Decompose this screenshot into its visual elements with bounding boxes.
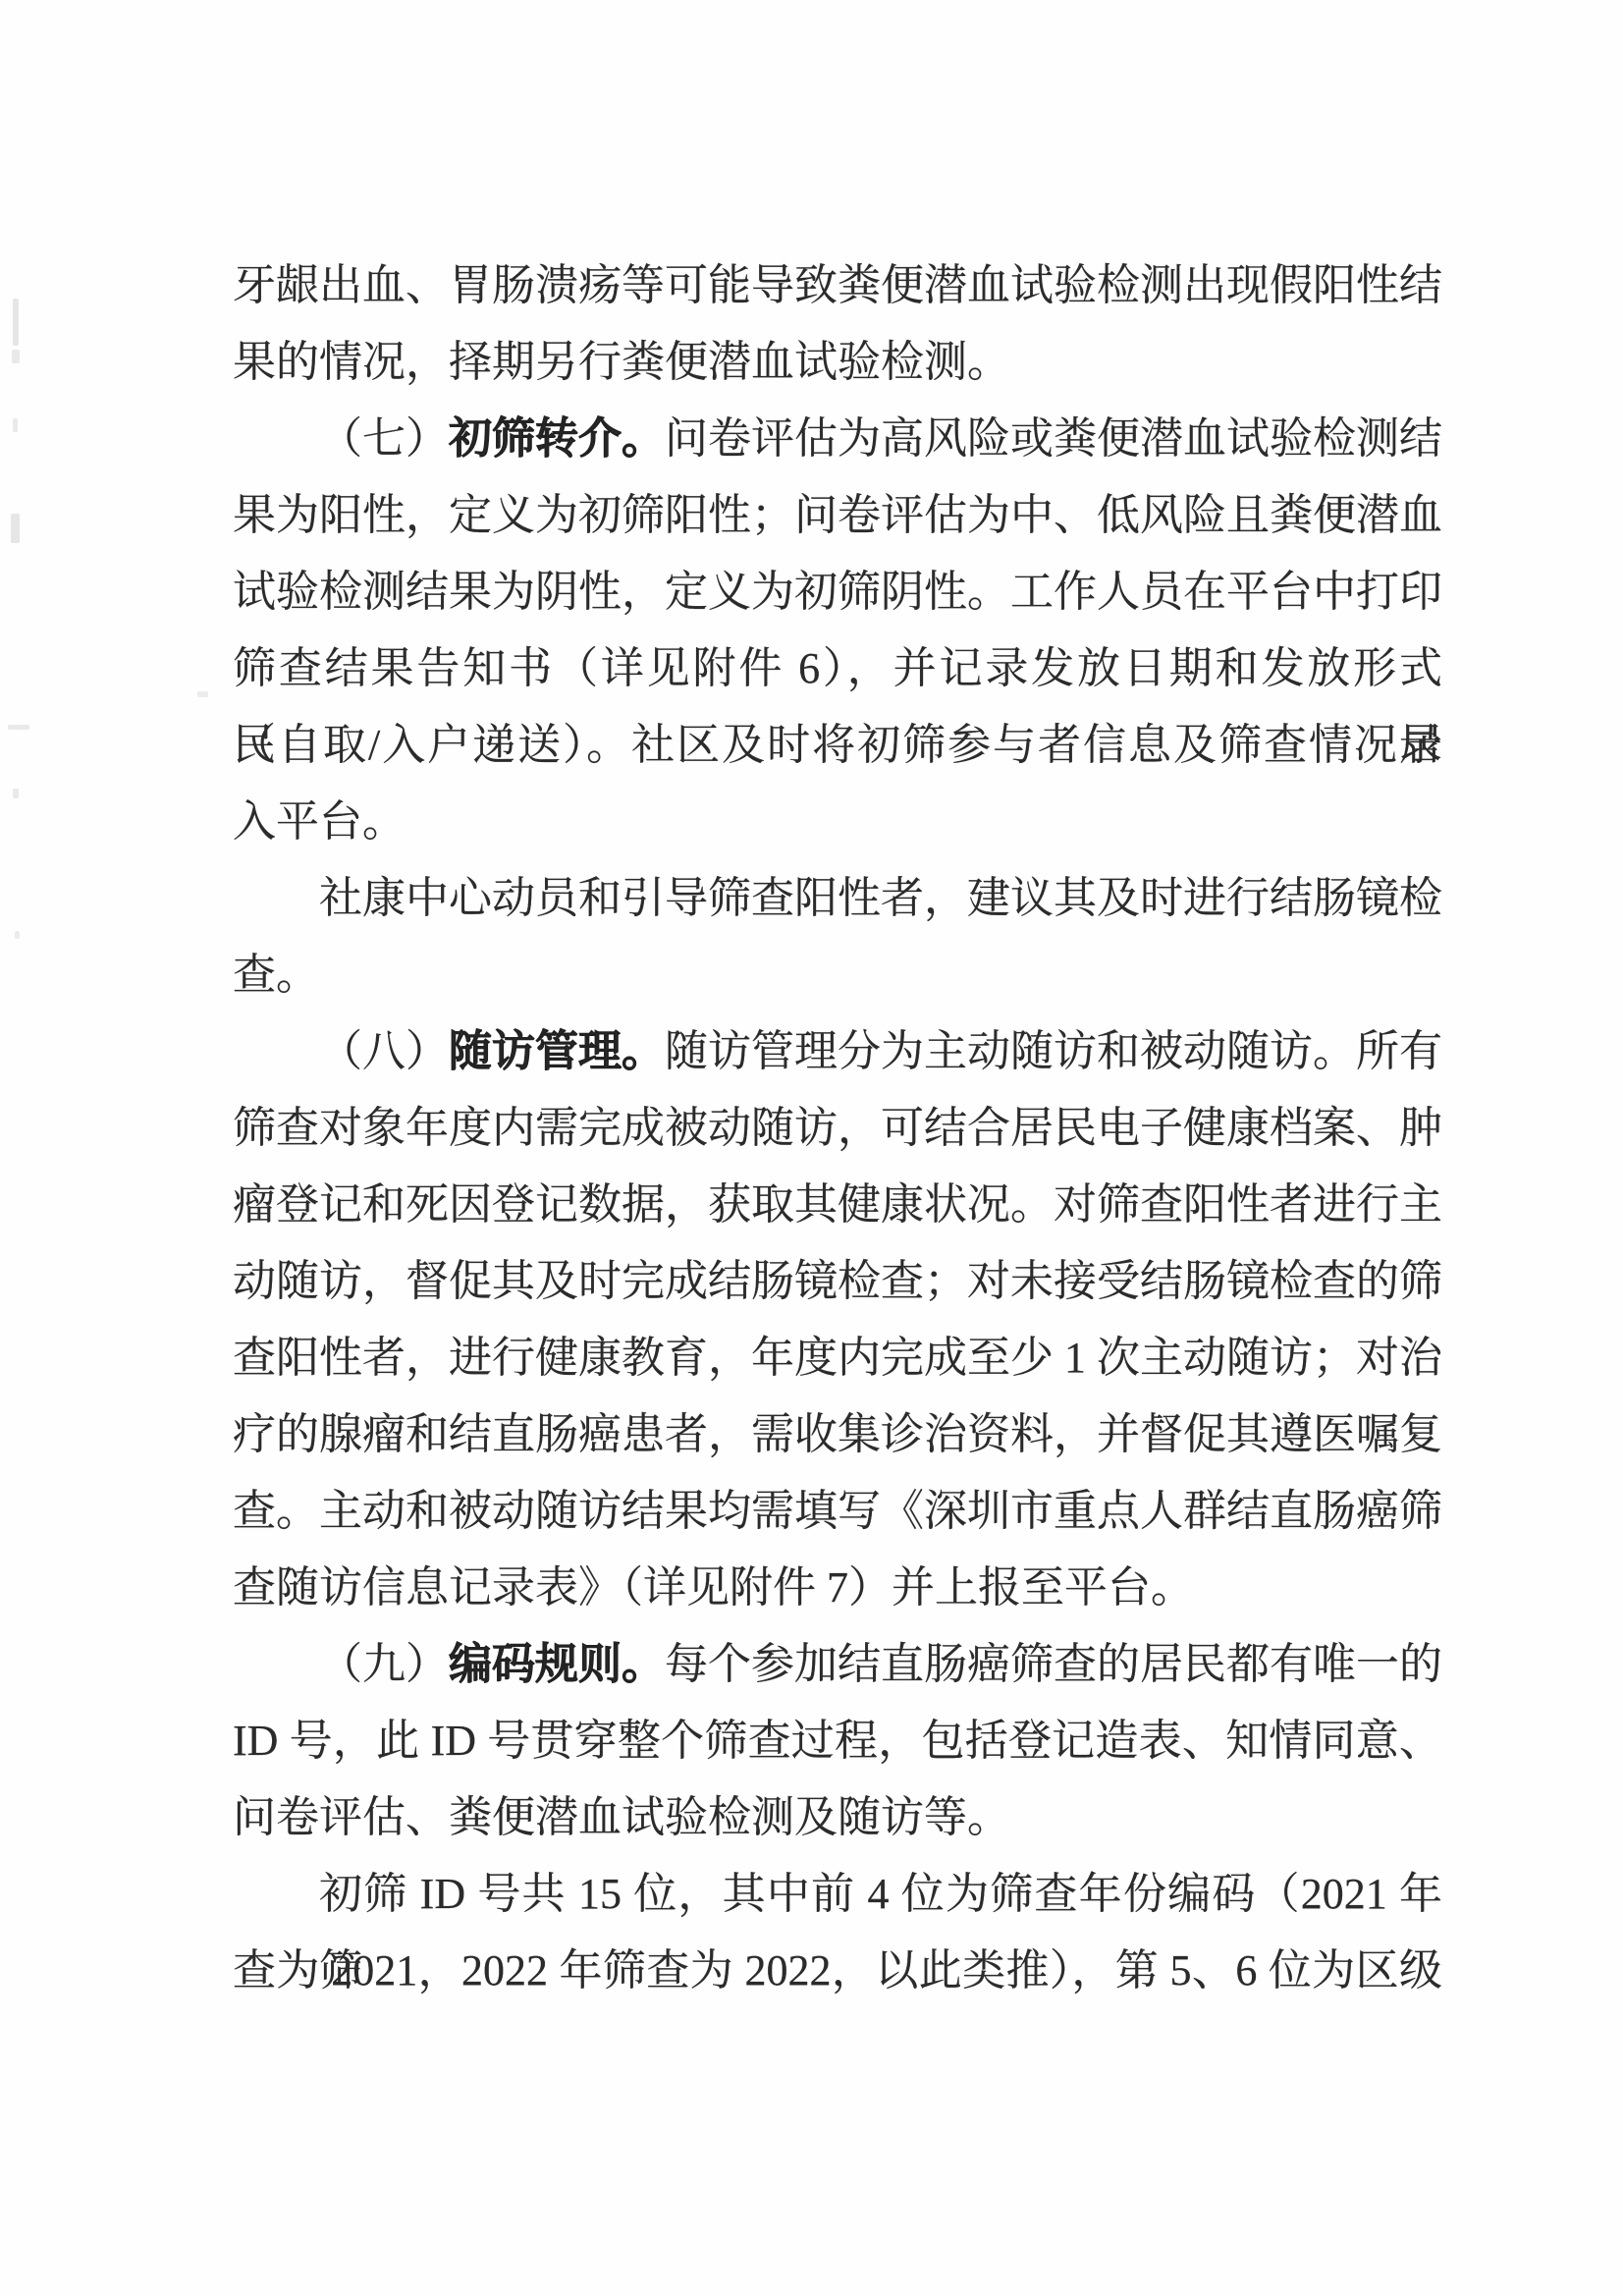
section-heading-text: 编码规则。: [449, 1640, 665, 1688]
body-text: 每个参加结直肠癌筛查的居民都有唯一的: [665, 1640, 1442, 1688]
text-line: （七）初筛转介。问卷评估为高风险或粪便潜血试验检测结: [233, 401, 1442, 477]
body-text: 查随访信息记录表》（详见附件 7）并上报至平台。: [233, 1563, 1194, 1612]
text-line: 动随访，督促其及时完成结肠镜检查；对未接受结肠镜检查的筛: [233, 1243, 1442, 1320]
text-block: 牙龈出血、胃肠溃疡等可能导致粪便潜血试验检测出现假阳性结果的情况，择期另行粪便潜…: [233, 247, 1442, 2009]
body-text: 果的情况，择期另行粪便潜血试验检测。: [233, 338, 1010, 386]
scan-smudge: [11, 514, 20, 543]
text-line: 查。主动和被动随访结果均需填写《深圳市重点人群结直肠癌筛: [233, 1473, 1442, 1550]
body-text: 动随访，督促其及时完成结肠镜检查；对未接受结肠镜检查的筛: [233, 1257, 1442, 1305]
text-line: 牙龈出血、胃肠溃疡等可能导致粪便潜血试验检测出现假阳性结: [233, 247, 1442, 324]
scan-smudge: [15, 931, 20, 939]
scan-smudge: [13, 299, 19, 346]
body-text: 疗的腺瘤和结直肠癌患者，需收集诊治资料，并督促其遵医嘱复: [233, 1410, 1442, 1458]
text-line: 试验检测结果为阴性，定义为初筛阴性。工作人员在平台中打印: [233, 554, 1442, 630]
body-text: 筛查对象年度内需完成被动随访，可结合居民电子健康档案、肿: [233, 1104, 1442, 1152]
text-line: 社康中心动员和引导筛查阳性者，建议其及时进行结肠镜检: [233, 860, 1442, 937]
scan-smudge: [8, 725, 29, 730]
text-line: 查阳性者，进行健康教育，年度内完成至少 1 次主动随访；对治: [233, 1320, 1442, 1396]
text-line: 查。: [233, 937, 1442, 1013]
document-page: 牙龈出血、胃肠溃疡等可能导致粪便潜血试验检测出现假阳性结果的情况，择期另行粪便潜…: [0, 0, 1623, 2296]
text-line: （八）随访管理。随访管理分为主动随访和被动随访。所有: [233, 1013, 1442, 1090]
body-text: （七）: [319, 414, 449, 463]
body-text: 查阳性者，进行健康教育，年度内完成至少 1 次主动随访；对治: [233, 1334, 1442, 1382]
text-line: 筛查对象年度内需完成被动随访，可结合居民电子健康档案、肿: [233, 1090, 1442, 1167]
body-text: 牙龈出血、胃肠溃疡等可能导致粪便潜血试验检测出现假阳性结: [233, 261, 1442, 309]
text-line: 瘤登记和死因登记数据，获取其健康状况。对筛查阳性者进行主: [233, 1167, 1442, 1243]
text-line: 民自取/入户递送）。社区及时将初筛参与者信息及筛查情况录: [233, 707, 1442, 784]
text-line: （九）编码规则。每个参加结直肠癌筛查的居民都有唯一的: [233, 1626, 1442, 1703]
body-text: 随访管理分为主动随访和被动随访。所有: [665, 1027, 1442, 1075]
body-text: 查。: [233, 951, 319, 999]
body-text: 入平台。: [233, 797, 406, 846]
section-heading-text: 初筛转介。: [449, 414, 665, 463]
text-line: 疗的腺瘤和结直肠癌患者，需收集诊治资料，并督促其遵医嘱复: [233, 1396, 1442, 1473]
body-text: （九）: [319, 1640, 449, 1688]
text-line: 果的情况，择期另行粪便潜血试验检测。: [233, 324, 1442, 401]
body-text: ID 号，此 ID 号贯穿整个筛查过程，包括登记造表、知情同意、: [233, 1717, 1442, 1765]
scan-smudge: [13, 789, 19, 798]
body-text: 瘤登记和死因登记数据，获取其健康状况。对筛查阳性者进行主: [233, 1180, 1442, 1229]
body-text: （八）: [319, 1027, 449, 1075]
body-text: 社康中心动员和引导筛查阳性者，建议其及时进行结肠镜检: [319, 874, 1442, 922]
text-line: ID 号，此 ID 号贯穿整个筛查过程，包括登记造表、知情同意、: [233, 1703, 1442, 1779]
text-line: 果为阳性，定义为初筛阳性；问卷评估为中、低风险且粪便潜血: [233, 477, 1442, 554]
body-text: 问卷评估、粪便潜血试验检测及随访等。: [233, 1793, 1010, 1841]
body-text: 问卷评估为高风险或粪便潜血试验检测结: [665, 414, 1442, 463]
body-text: 查。主动和被动随访结果均需填写《深圳市重点人群结直肠癌筛: [233, 1487, 1442, 1535]
body-text: 试验检测结果为阴性，定义为初筛阴性。工作人员在平台中打印: [233, 568, 1442, 616]
text-line: 初筛 ID 号共 15 位，其中前 4 位为筛查年份编码（2021 年筛: [233, 1856, 1442, 1933]
body-text: 民自取/入户递送）。社区及时将初筛参与者信息及筛查情况录: [233, 721, 1442, 769]
text-line: 查随访信息记录表》（详见附件 7）并上报至平台。: [233, 1550, 1442, 1626]
body-text: 查为 2021，2022 年筛查为 2022，以此类推），第 5、6 位为区级: [233, 1946, 1442, 1995]
scan-smudge: [13, 418, 18, 432]
scan-smudge: [197, 691, 208, 697]
text-line: 问卷评估、粪便潜血试验检测及随访等。: [233, 1779, 1442, 1856]
text-line: 入平台。: [233, 784, 1442, 860]
text-line: 查为 2021，2022 年筛查为 2022，以此类推），第 5、6 位为区级: [233, 1933, 1442, 2009]
scan-smudge: [12, 350, 20, 363]
text-line: 筛查结果告知书（详见附件 6），并记录发放日期和发放形式（居: [233, 630, 1442, 707]
section-heading-text: 随访管理。: [449, 1027, 665, 1075]
body-text: 果为阳性，定义为初筛阳性；问卷评估为中、低风险且粪便潜血: [233, 491, 1442, 539]
